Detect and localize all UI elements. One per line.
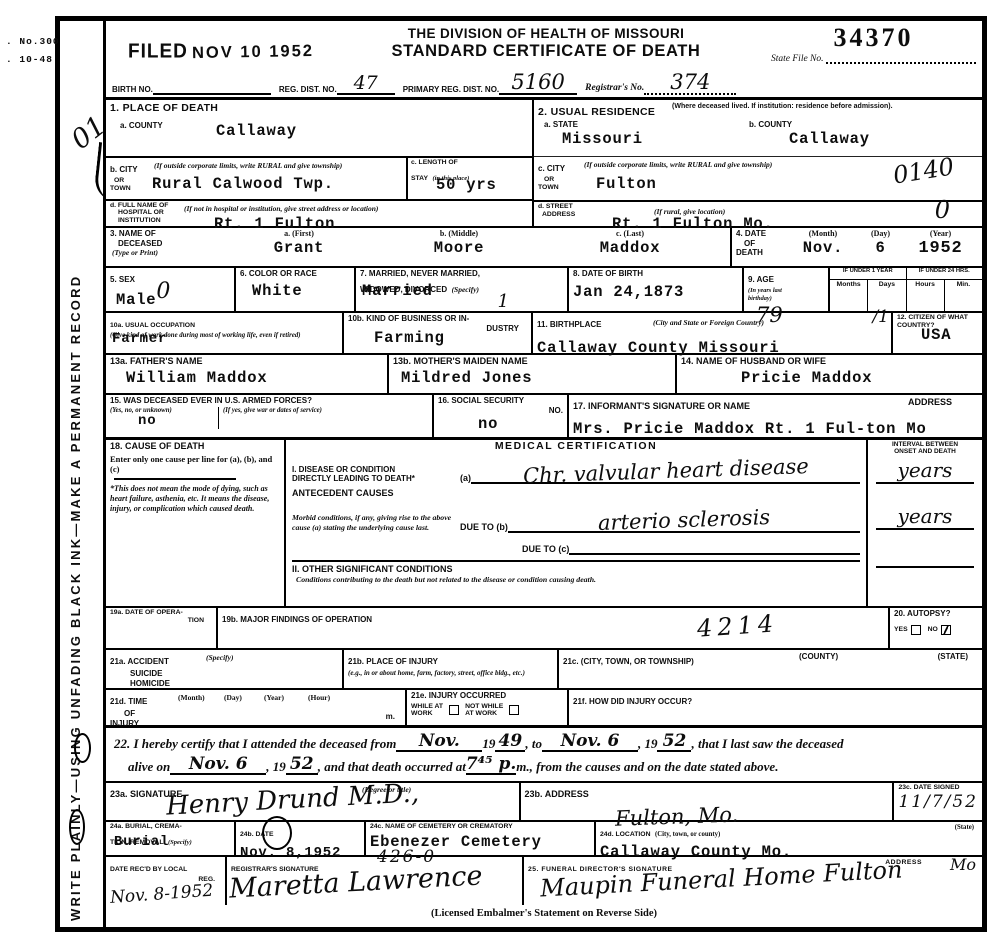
- birthplace-note: (City and State or Foreign Country): [653, 318, 764, 327]
- mother-value: Mildred Jones: [401, 369, 671, 387]
- while-at-work-checkbox: [449, 705, 459, 715]
- disease-label-1: I. DISEASE OR CONDITION: [292, 465, 460, 475]
- hours-label: Hours: [907, 280, 945, 311]
- certificate-form: FILED NOV 10 1952 THE DIVISION OF HEALTH…: [103, 21, 982, 927]
- injury-time-hour: (Hour): [308, 693, 330, 702]
- birth-date-label: 8. DATE OF BIRTH: [573, 269, 738, 279]
- marital-field: 7. MARRIED, NEVER MARRIED, WIDOWED, DIVO…: [356, 268, 569, 311]
- citizen-field: 12. CITIZEN OF WHAT COUNTRY? USA: [893, 313, 982, 353]
- ssn-label-2: NO.: [438, 406, 563, 416]
- armed-forces-value: no: [138, 413, 218, 429]
- medical-certification-title: MEDICAL CERTIFICATION: [292, 440, 860, 452]
- occupation-label: 10a. USUAL OCCUPATION: [110, 322, 195, 329]
- stay-value: 50 yrs: [436, 176, 497, 194]
- while-at-label-1: WHILE AT: [411, 703, 443, 710]
- cert-seg-1: 22. I hereby certify that I attended the…: [114, 736, 396, 752]
- dod-day-label: (Day): [858, 229, 903, 239]
- interval-a-value: years: [898, 458, 953, 482]
- residence-city-label: c. CITY: [538, 164, 565, 173]
- cause-a-prefix: (a): [460, 473, 471, 484]
- handwritten-oval-mark: [69, 809, 85, 845]
- residence-county-label: b. COUNTY: [749, 120, 792, 130]
- interval-label-2: ONSET AND DEATH: [870, 448, 980, 455]
- deceased-label-3: (Type or Print): [112, 248, 214, 257]
- handwritten-oval-mark: [74, 733, 91, 763]
- stay-label: c. LENGTH OF: [411, 159, 529, 167]
- findings-handwritten: 4214: [696, 611, 779, 641]
- dod-year-value: 1952: [903, 239, 978, 258]
- spouse-field: 14. NAME OF HUSBAND OR WIFE Pricie Maddo…: [677, 355, 982, 393]
- cause-left-notes: 18. CAUSE OF DEATH Enter only one cause …: [106, 440, 286, 606]
- date-received-field: DATE REC'D BY LOCAL REG. Nov. 8-1952: [106, 857, 227, 905]
- cause-sub: Enter only one cause per line for (a), (…: [110, 454, 280, 475]
- cause-of-death-section: 18. CAUSE OF DEATH Enter only one cause …: [106, 440, 982, 608]
- burial-location-field: 24d. LOCATION (City, town, or county) (S…: [596, 822, 982, 855]
- cause-c-blank: [569, 553, 860, 555]
- form-title: THE DIVISION OF HEALTH OF MISSOURI STAND…: [346, 26, 746, 61]
- injury-time-field: 21d. TIME (Month) (Day) (Year) (Hour) OF…: [106, 690, 407, 725]
- injury-time-label-1: 21d. TIME: [110, 697, 147, 706]
- operation-autopsy-section: 19a. DATE OF OPERA- TION 19b. MAJOR FIND…: [106, 608, 982, 650]
- dod-day-value: 6: [858, 239, 903, 257]
- injury-time-day: (Day): [224, 693, 242, 702]
- burial-location-state-note: (State): [955, 824, 974, 832]
- death-certificate-scan: . No.300 . 10-48 0140 WRITE PLAINLY—USIN…: [0, 0, 1000, 943]
- date-signed-label: 23c. DATE SIGNED: [898, 784, 978, 792]
- business-field: 10b. KIND OF BUSINESS OR IN- DUSTRY Farm…: [344, 313, 533, 353]
- operation-date-label-2: TION: [110, 617, 204, 625]
- last-name-value: Maddox: [534, 239, 726, 257]
- under-24-hrs-label: IF UNDER 24 HRS.: [907, 268, 983, 279]
- cert-to-year: 52: [657, 733, 691, 752]
- informant-field: 17. INFORMANT'S SIGNATURE OR NAME ADDRES…: [569, 395, 982, 437]
- burial-location-label: 24d. LOCATION: [600, 831, 650, 838]
- marital-label-1: 7. MARRIED, NEVER MARRIED,: [360, 269, 563, 279]
- age-note: (In years last birthday): [748, 287, 794, 303]
- footer-row: (Licensed Embalmer's Statement on Revers…: [106, 905, 982, 927]
- registration-section: DATE REC'D BY LOCAL REG. Nov. 8-1952 REG…: [106, 857, 982, 905]
- place-residence-section: 1. PLACE OF DEATH a. COUNTY Callaway b. …: [106, 100, 982, 228]
- injury-place-label: 21b. PLACE OF INJURY: [348, 657, 438, 666]
- residence-county-value: Callaway: [789, 130, 870, 148]
- autopsy-label: 20. AUTOPSY?: [894, 609, 978, 619]
- city-note: (If outside corporate limits, write RURA…: [154, 161, 384, 170]
- stay-label-2: STAY: [411, 175, 428, 182]
- mother-field: 13b. MOTHER'S MAIDEN NAME Mildred Jones: [389, 355, 677, 393]
- signature-address-label: 23b. ADDRESS: [525, 789, 589, 799]
- registrar-signature-field: REGISTRAR'S SIGNATURE 426-0 Maretta Lawr…: [227, 857, 524, 905]
- cert-death-time: 7⁴⁵ p.: [466, 756, 516, 775]
- dod-label-3: DEATH: [736, 248, 788, 258]
- birthplace-label: 11. BIRTHPLACE: [537, 320, 601, 329]
- city-label: b. CITY: [110, 165, 138, 174]
- not-while-label-1: NOT WHILE: [465, 703, 503, 710]
- occupation-value: Farmer: [112, 331, 167, 347]
- registration-line: BIRTH NO. REG. DIST. NO. 47 PRIMARY REG.…: [106, 69, 982, 97]
- operation-date-label-1: 19a. DATE OF OPERA-: [110, 609, 212, 617]
- armed-forces-note-2: (If yes, give war or dates of service): [223, 407, 428, 415]
- funeral-director-value: Maupin Funeral Home Fulton: [540, 858, 903, 901]
- spouse-value: Pricie Maddox: [741, 369, 978, 387]
- injury-kind-label-2: SUICIDE: [130, 669, 338, 679]
- filed-stamp-date: NOV 10 1952: [192, 42, 314, 63]
- last-name-label: c. (Last): [534, 229, 726, 239]
- injury-kind-note: (Specify): [206, 653, 233, 662]
- race-value: White: [252, 282, 350, 300]
- handwritten-circle-mark: [262, 816, 292, 850]
- cert-from-month: Nov.: [396, 733, 482, 752]
- medical-certification: MEDICAL CERTIFICATION I. DISEASE OR COND…: [286, 440, 868, 606]
- age-field: 9. AGE (In years last birthday) 79: [744, 268, 830, 311]
- cert-seg-9: m., from the causes and on the date stat…: [516, 759, 778, 775]
- injury-kind-label-3: HOMICIDE: [130, 679, 338, 689]
- margin-instruction-text: WRITE PLAINLY—USING UNFADING BLACK INK—M…: [68, 31, 83, 921]
- residence-state-value: Missouri: [562, 130, 643, 148]
- dod-month-label: (Month): [788, 229, 858, 239]
- marital-note: (Specify): [452, 285, 479, 294]
- how-injury-label: 21f. HOW DID INJURY OCCUR?: [573, 697, 692, 706]
- injury-top-section: 21a. ACCIDENT (Specify) SUICIDE HOMICIDE…: [106, 650, 982, 690]
- interval-c-blank: [876, 554, 974, 568]
- cert-alive-year: 52: [286, 756, 318, 775]
- cause-b-value: arterio sclerosis: [598, 507, 771, 534]
- deceased-name-section: 3. NAME OF DECEASED (Type or Print) a. (…: [106, 228, 732, 266]
- birth-date-field: 8. DATE OF BIRTH Jan 24,1873: [569, 268, 744, 311]
- father-field: 13a. FATHER'S NAME William Maddox: [106, 355, 389, 393]
- sex-handwritten-mark: 0: [156, 279, 170, 304]
- certificate-header: FILED NOV 10 1952 THE DIVISION OF HEALTH…: [106, 21, 982, 100]
- marital-value: Married: [362, 282, 433, 300]
- antecedent-label: ANTECEDENT CAUSES: [292, 488, 860, 499]
- armed-forces-label: 15. WAS DECEASED EVER IN U.S. ARMED FORC…: [110, 396, 428, 406]
- middle-name-label: b. (Middle): [384, 229, 534, 239]
- funeral-director-field: 25. FUNERAL DIRECTOR'S SIGNATURE ADDRESS…: [524, 857, 982, 905]
- mother-label: 13b. MOTHER'S MAIDEN NAME: [393, 356, 671, 367]
- antecedent-note: Morbid conditions, if any, giving rise t…: [292, 513, 460, 532]
- cert-alive-date: Nov. 6: [170, 756, 266, 775]
- ssn-value: no: [478, 415, 563, 433]
- cause-note: *This does not mean the mode of dying, s…: [110, 484, 280, 514]
- middle-name-value: Moore: [384, 239, 534, 257]
- burial-section: 24a. BURIAL, CREMA- TION, REMOVAL (Speci…: [106, 822, 982, 857]
- armed-forces-field: 15. WAS DECEASED EVER IN U.S. ARMED FORC…: [106, 395, 434, 437]
- cert-seg-3: , to: [525, 736, 542, 752]
- corner-form-number: . No.300: [6, 36, 60, 47]
- divider-rule: [114, 478, 236, 480]
- interval-label-1: INTERVAL BETWEEN: [870, 441, 980, 448]
- business-value: Farming: [374, 329, 445, 347]
- reg-dist-label: REG. DIST. NO.: [279, 85, 337, 95]
- county-label: a. COUNTY: [120, 121, 163, 130]
- date-received-value: Nov. 8-1952: [110, 882, 222, 907]
- injury-time-label-2: OF: [124, 709, 401, 719]
- birth-no-blank: [153, 81, 271, 95]
- corner-revision-note: . 10-48: [6, 54, 53, 65]
- cert-seg-5: , that I last saw the deceased: [691, 736, 843, 752]
- filed-stamp-label: FILED: [128, 40, 188, 63]
- business-label-1: 10b. KIND OF BUSINESS OR IN-: [348, 314, 527, 324]
- burial-type-label-1: 24a. BURIAL, CREMA-: [110, 823, 230, 831]
- residence-title-note: (Where deceased lived. If institution: r…: [672, 103, 972, 112]
- autopsy-yes-checkbox: [911, 625, 921, 635]
- age-label: 9. AGE: [748, 275, 774, 284]
- dod-label-2: OF: [744, 239, 788, 249]
- cert-seg-8: , and that death occurred at: [318, 759, 466, 775]
- place-of-death-section: 1. PLACE OF DEATH a. COUNTY Callaway b. …: [106, 100, 534, 226]
- deceased-label-1: 3. NAME OF: [110, 229, 214, 239]
- birth-date-value: Jan 24,1873: [573, 283, 738, 301]
- months-label: Months: [830, 280, 868, 311]
- injury-time-month: (Month): [178, 693, 205, 702]
- reg-dist-value: 47: [337, 74, 395, 95]
- birthplace-field: 11. BIRTHPLACE (City and State or Foreig…: [533, 313, 893, 353]
- date-received-label-1: DATE REC'D BY LOCAL: [110, 866, 187, 873]
- injury-city-field: 21c. (CITY, TOWN, OR TOWNSHIP) (COUNTY) …: [559, 650, 982, 688]
- sex-value: Male: [116, 291, 156, 309]
- primary-reg-dist-value: 5160: [499, 72, 577, 95]
- under-1-year-label: IF UNDER 1 YEAR: [830, 268, 907, 279]
- forces-ssn-informant-section: 15. WAS DECEASED EVER IN U.S. ARMED FORC…: [106, 395, 982, 440]
- burial-type-note: (Specify): [168, 839, 192, 846]
- signature-address-field: 23b. ADDRESS Fulton, Mo.: [521, 783, 895, 820]
- ssn-field: 16. SOCIAL SECURITY NO. no: [434, 395, 569, 437]
- residence-city-value: Fulton: [596, 175, 657, 193]
- funeral-director-state: Mo: [950, 857, 976, 873]
- race-label: 6. COLOR OR RACE: [240, 269, 350, 279]
- informant-label: 17. INFORMANT'S SIGNATURE OR NAME: [573, 401, 750, 411]
- demographics-section: 5. SEX Male0 6. COLOR OR RACE White 7. M…: [106, 268, 982, 313]
- state-file-number: 34370: [771, 23, 976, 53]
- cert-seg-6: alive on: [128, 759, 170, 775]
- injury-occurred-field: 21e. INJURY OCCURRED WHILE AT WORK NOT W…: [407, 690, 569, 725]
- citizen-label-1: 12. CITIZEN OF WHAT: [897, 314, 978, 322]
- city-value: Rural Calwood Twp.: [152, 175, 334, 193]
- spouse-label: 14. NAME OF HUSBAND OR WIFE: [681, 356, 978, 367]
- informant-value: Mrs. Pricie Maddox Rt. 1 Ful-ton Mo: [573, 420, 978, 438]
- street-handwritten-mark: 0: [935, 198, 950, 222]
- injury-occurred-label: 21e. INJURY OCCURRED: [411, 691, 563, 701]
- ssn-label-1: 16. SOCIAL SECURITY: [438, 396, 563, 406]
- physician-signature-section: 23a. SIGNATURE (Degree or title) Henry D…: [106, 783, 982, 822]
- place-of-death-title: 1. PLACE OF DEATH: [110, 102, 528, 115]
- county-value: Callaway: [216, 122, 297, 140]
- occupation-field: 10a. USUAL OCCUPATION (Give kind of work…: [106, 313, 344, 353]
- burial-date-field: 24b. DATE Nov. 8,1952: [236, 822, 366, 855]
- cert-seg-4: , 19: [638, 736, 658, 752]
- injury-time-m: m.: [386, 712, 395, 722]
- citizen-value: USA: [921, 326, 951, 344]
- how-injury-field: 21f. HOW DID INJURY OCCUR?: [569, 690, 982, 725]
- interval-b-value: years: [898, 504, 953, 528]
- injury-place-field: 21b. PLACE OF INJURY (e.g., in or about …: [344, 650, 559, 688]
- cause-b-prefix: DUE TO (b): [460, 522, 508, 533]
- autopsy-no-label: NO: [928, 626, 938, 634]
- street-label-1: d. STREET: [538, 203, 978, 211]
- occupation-section: 10a. USUAL OCCUPATION (Give kind of work…: [106, 313, 982, 355]
- signature-field: 23a. SIGNATURE (Degree or title) Henry D…: [106, 783, 521, 820]
- injury-city-label: 21c. (CITY, TOWN, OR TOWNSHIP): [563, 657, 694, 666]
- informant-address-label: ADDRESS: [908, 397, 952, 408]
- age-under-grid: IF UNDER 1 YEAR IF UNDER 24 HRS. Months …: [830, 268, 982, 311]
- date-signed-value: 11/7/52: [898, 794, 978, 811]
- injury-state-label: (STATE): [938, 652, 968, 662]
- other-conditions-note: Conditions contributing to the death but…: [296, 575, 596, 585]
- dod-year-label: (Year): [903, 229, 978, 239]
- cause-c-prefix: DUE TO (c): [522, 544, 569, 555]
- operation-findings-field: 19b. MAJOR FINDINGS OF OPERATION 4214: [218, 608, 890, 648]
- other-conditions-label: II. OTHER SIGNIFICANT CONDITIONS: [292, 560, 860, 575]
- injury-kind-field: 21a. ACCIDENT (Specify) SUICIDE HOMICIDE: [106, 650, 344, 688]
- injury-time-year: (Year): [264, 693, 284, 702]
- registrar-no-value: 374: [644, 72, 736, 95]
- birthplace-handwritten-mark: /1: [872, 309, 889, 326]
- deceased-label-2: DECEASED: [118, 239, 214, 249]
- injury-place-note: (e.g., in or about home, farm, factory, …: [348, 669, 553, 678]
- registrar-no-label: Registrar's No.: [585, 83, 644, 95]
- family-section: 13a. FATHER'S NAME William Maddox 13b. M…: [106, 355, 982, 395]
- birth-no-label: BIRTH NO.: [112, 85, 153, 95]
- injury-county-label: (COUNTY): [799, 652, 838, 662]
- form-title-line1: THE DIVISION OF HEALTH OF MISSOURI: [346, 26, 746, 41]
- cert-seg-7: , 19: [266, 759, 286, 775]
- cause-a-value: Chr. valvular heart disease: [522, 456, 808, 487]
- while-at-label-2: WORK: [411, 710, 433, 717]
- autopsy-yes-label: YES: [894, 626, 908, 634]
- interval-column: INTERVAL BETWEEN ONSET AND DEATH years y…: [868, 440, 982, 606]
- autopsy-no-checkbox: [941, 625, 951, 635]
- residence-state-label: a. STATE: [544, 120, 578, 130]
- cert-from-year: 49: [495, 733, 525, 752]
- dod-month-value: Nov.: [788, 239, 858, 257]
- state-file-block: 34370 State File No.: [771, 23, 976, 64]
- not-while-at-work-checkbox: [509, 705, 519, 715]
- race-field: 6. COLOR OR RACE White: [236, 268, 356, 311]
- operation-date-field: 19a. DATE OF OPERA- TION: [106, 608, 218, 648]
- date-of-death-section: 4. DATE OF DEATH (Month) Nov. (Day) 6 (Y…: [732, 228, 982, 266]
- cert-seg-2: 19: [482, 736, 495, 752]
- cemetery-label: 24c. NAME OF CEMETERY OR CREMATORY: [370, 823, 590, 831]
- burial-type-value: Burial: [114, 834, 169, 850]
- father-value: William Maddox: [126, 369, 383, 387]
- cert-to-date: Nov. 6: [542, 733, 638, 752]
- usual-residence-section: 2. USUAL RESIDENCE (Where deceased lived…: [534, 100, 982, 226]
- autopsy-field: 20. AUTOPSY? YES NO: [890, 608, 982, 648]
- min-label: Min.: [945, 280, 982, 311]
- operation-findings-label: 19b. MAJOR FINDINGS OF OPERATION: [222, 615, 372, 624]
- embalmer-note: (Licensed Embalmer's Statement on Revers…: [431, 908, 657, 919]
- primary-reg-dist-label: PRIMARY REG. DIST. NO.: [403, 85, 499, 95]
- marital-handwritten-mark: 1: [498, 293, 509, 311]
- dod-label-1: 4. DATE: [736, 229, 788, 239]
- cause-label: 18. CAUSE OF DEATH: [110, 441, 280, 452]
- burial-location-note: (City, town, or county): [655, 831, 720, 838]
- not-while-label-2: AT WORK: [465, 710, 497, 717]
- first-name-value: Grant: [214, 239, 384, 257]
- left-margin: 0140 WRITE PLAINLY—USING UNFADING BLACK …: [60, 21, 103, 927]
- injury-time-label-3: INJURY: [110, 719, 401, 729]
- burial-type-field: 24a. BURIAL, CREMA- TION, REMOVAL (Speci…: [106, 822, 236, 855]
- residence-title: 2. USUAL RESIDENCE: [538, 106, 655, 118]
- certification-statement: 22. I hereby certify that I attended the…: [106, 728, 982, 783]
- dotted-leader: [826, 53, 976, 64]
- state-file-label: State File No.: [771, 54, 824, 64]
- signature-value: Henry Drund M.D.,: [165, 780, 419, 819]
- sex-label: 5. SEX: [110, 275, 135, 284]
- injury-kind-label-1: 21a. ACCIDENT: [110, 657, 169, 666]
- hospital-note: (If not in hospital or institution, give…: [184, 204, 514, 213]
- first-name-label: a. (First): [214, 229, 384, 239]
- residence-city-note: (If outside corporate limits, write RURA…: [584, 160, 854, 169]
- form-title-line2: STANDARD CERTIFICATE OF DEATH: [346, 42, 746, 61]
- father-label: 13a. FATHER'S NAME: [110, 356, 383, 367]
- name-date-section: 3. NAME OF DECEASED (Type or Print) a. (…: [106, 228, 982, 268]
- disease-label-2: DIRECTLY LEADING TO DEATH*: [292, 474, 460, 484]
- date-signed-field: 23c. DATE SIGNED 11/7/52: [894, 783, 982, 820]
- injury-bottom-section: 21d. TIME (Month) (Day) (Year) (Hour) OF…: [106, 690, 982, 728]
- sex-field: 5. SEX Male0: [106, 268, 236, 311]
